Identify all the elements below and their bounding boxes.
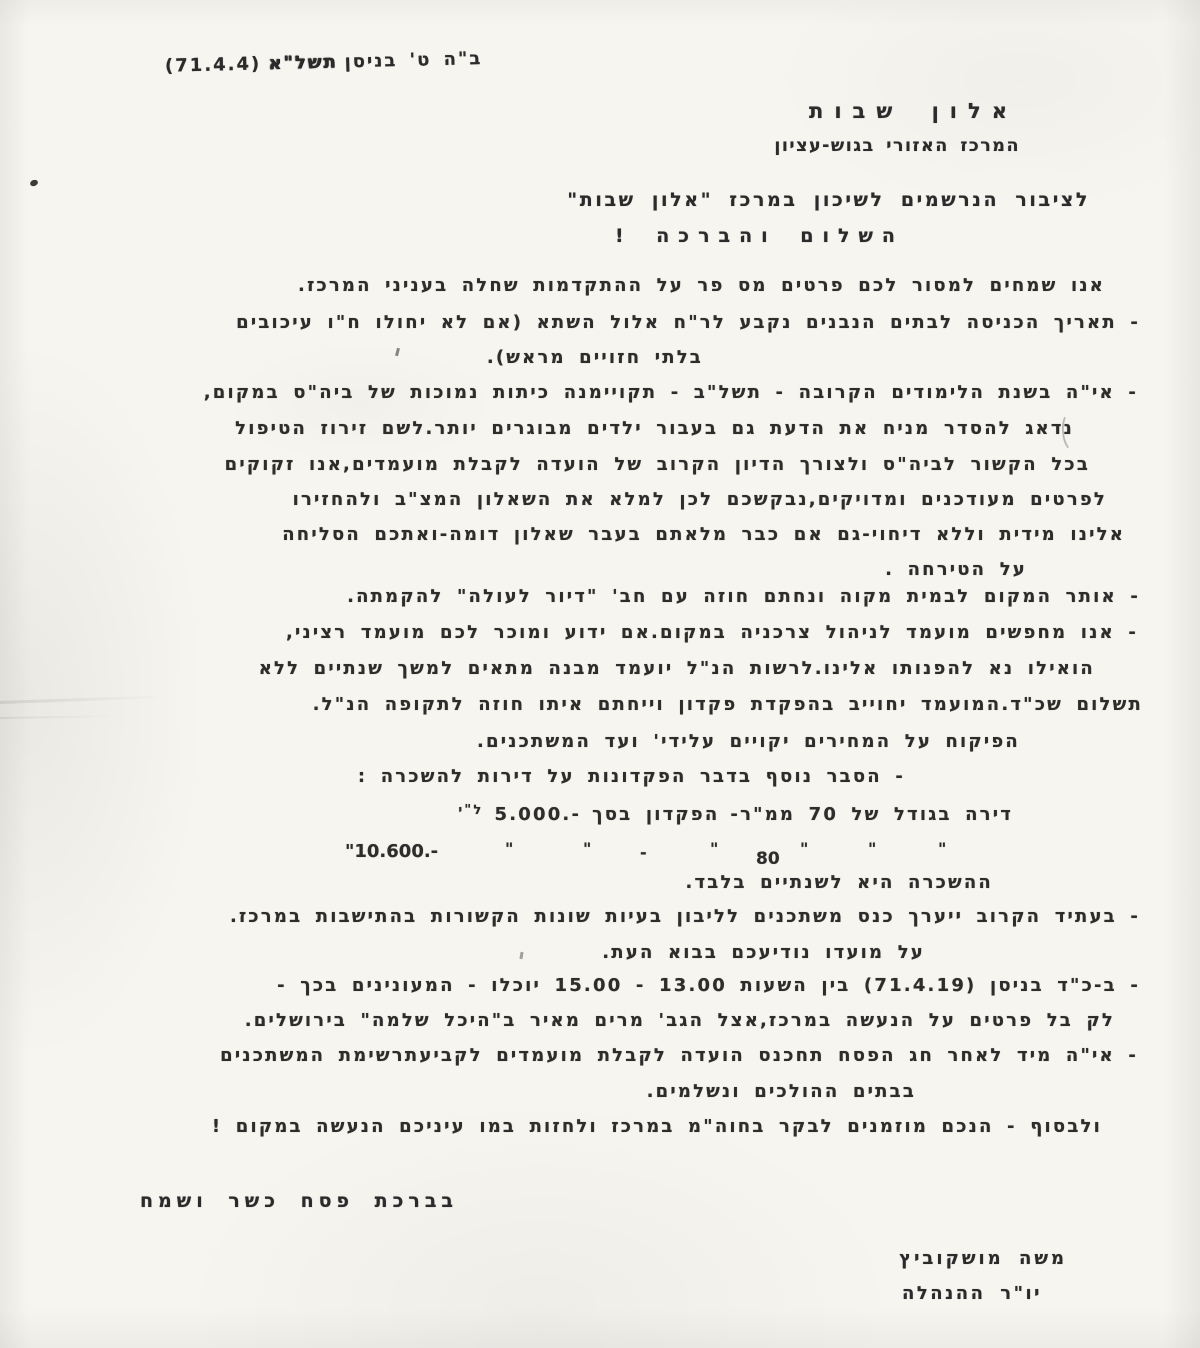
body-line: בלתי חזויים מראש). <box>487 347 703 368</box>
ditto-mark: " <box>505 839 513 858</box>
date-gregorian: (71.4.4) <box>164 53 261 76</box>
ink-speck <box>395 348 400 357</box>
closing-blessing: בברכת פסח כשר ושמח <box>140 1190 458 1212</box>
body-line: - אי"ה מיד לאחר חג הפסח תחכנס הועדה לקבל… <box>220 1045 1138 1066</box>
ditto-mark: " <box>710 839 718 858</box>
body-line: - בעתיד הקרוב ייערך כנס משתכנים לליבון ב… <box>230 906 1140 927</box>
paper-crease <box>0 695 170 704</box>
body-line: לפרטים מעודכנים ומדויקים,נבקשכם לכן למלא… <box>293 489 1107 510</box>
org-name: אלון שבות <box>809 99 1018 123</box>
signer-name: משה מושקוביץ <box>899 1248 1067 1269</box>
body-line: אלינו מידית וללא דיחוי-גם אם כבר מלאתם ב… <box>282 524 1125 545</box>
price-size: 80 <box>756 849 780 869</box>
letter-page: ב"ה ט' בניסןתשל"א(71.4.4) אלון שבות המרכ… <box>0 0 1200 1348</box>
body-line: נדאג להסדר מניח את הדעת גם בעבור ילדים מ… <box>235 418 1074 439</box>
price-deposit-label: הפקדון בסך <box>592 804 719 825</box>
org-subtitle: המרכז האזורי בגוש-עציון <box>774 136 1020 156</box>
ink-dot-artifact <box>29 179 39 187</box>
body-line: - תאריך הכניסה לבתים הנבנים נקבע לר"ח אל… <box>236 312 1140 333</box>
addressee-line: לציבור הנרשמים לשיכון במרכז "אלון שבות" <box>567 189 1090 211</box>
price-amount: "10.600.- <box>345 841 438 862</box>
greeting-line: השלום והברכה ! <box>615 225 904 247</box>
price-sep: - <box>640 843 647 862</box>
body-line: - ב-כ"ד בניסן (71.4.19) בין השעות 13.00 … <box>277 975 1140 996</box>
body-line: ולבסוף - הנכם מוזמנים לבקר בחוה"מ במרכז … <box>212 1116 1102 1137</box>
date-year: תשל"א <box>268 52 338 75</box>
body-line: על הטירחה . <box>885 559 1027 580</box>
price-row: דירה בגודל של 70 ממ"ר-הפקדון בסך5.000.-ל… <box>447 803 1013 825</box>
price-desc: דירה בגודל של 70 ממ"ר <box>740 804 1013 825</box>
body-line: - אותר המקום לבמית מקוה ונחתם חוזה עם חב… <box>347 586 1140 607</box>
ditto-mark: " <box>800 839 808 858</box>
body-line: - הסבר נוסף בדבר הפקדונות על דירות להשכר… <box>358 766 905 787</box>
date-line: ב"ה ט' בניסןתשל"א(71.4.4) <box>157 48 482 77</box>
ditto-mark: " <box>583 839 591 858</box>
paper-crease <box>0 715 120 719</box>
body-line: תשלום שכ"ד.המועמד יחוייב בהפקדת פקדון וי… <box>313 694 1143 715</box>
body-line: בכל הקשור לביה"ס ולצורך הדיון הקרוב של ה… <box>225 454 1090 475</box>
signer-title: יו"ר ההנהלה <box>902 1283 1042 1304</box>
ditto-mark: " <box>868 839 876 858</box>
body-line: - אי"ה בשנת הלימודים הקרובה - תשל"ב - תק… <box>204 382 1138 403</box>
body-line: בבתים ההולכים ונשלמים. <box>647 1081 916 1102</box>
body-line: הואילו נא להפנותו אלינו.לרשות הנ"ל יועמד… <box>259 658 1095 679</box>
body-line: - אנו מחפשים מועמד לניהול צרכניה במקום.א… <box>286 622 1138 643</box>
body-line: ההשכרה היא לשנתיים בלבד. <box>685 872 993 893</box>
body-line: על מועדו נודיעכם בבוא העת. <box>602 942 925 963</box>
body-line: הפיקוח על המחירים יקויים עלידי' ועד המשת… <box>477 731 1020 752</box>
body-line: אנו שמחים למסור לכם פרטים מס פר על ההתקד… <box>298 275 1105 296</box>
price-sep: - <box>730 804 740 825</box>
date-hebrew: ב"ה ט' בניסן <box>344 48 482 72</box>
ink-speck <box>519 952 523 959</box>
price-amount: 5.000.- <box>494 804 581 825</box>
ditto-mark: " <box>938 839 946 858</box>
price-currency: ל"י <box>458 803 483 818</box>
body-line: לק בל פרטים על הנעשה במרכז,אצל הגב' מרים… <box>245 1010 1115 1031</box>
